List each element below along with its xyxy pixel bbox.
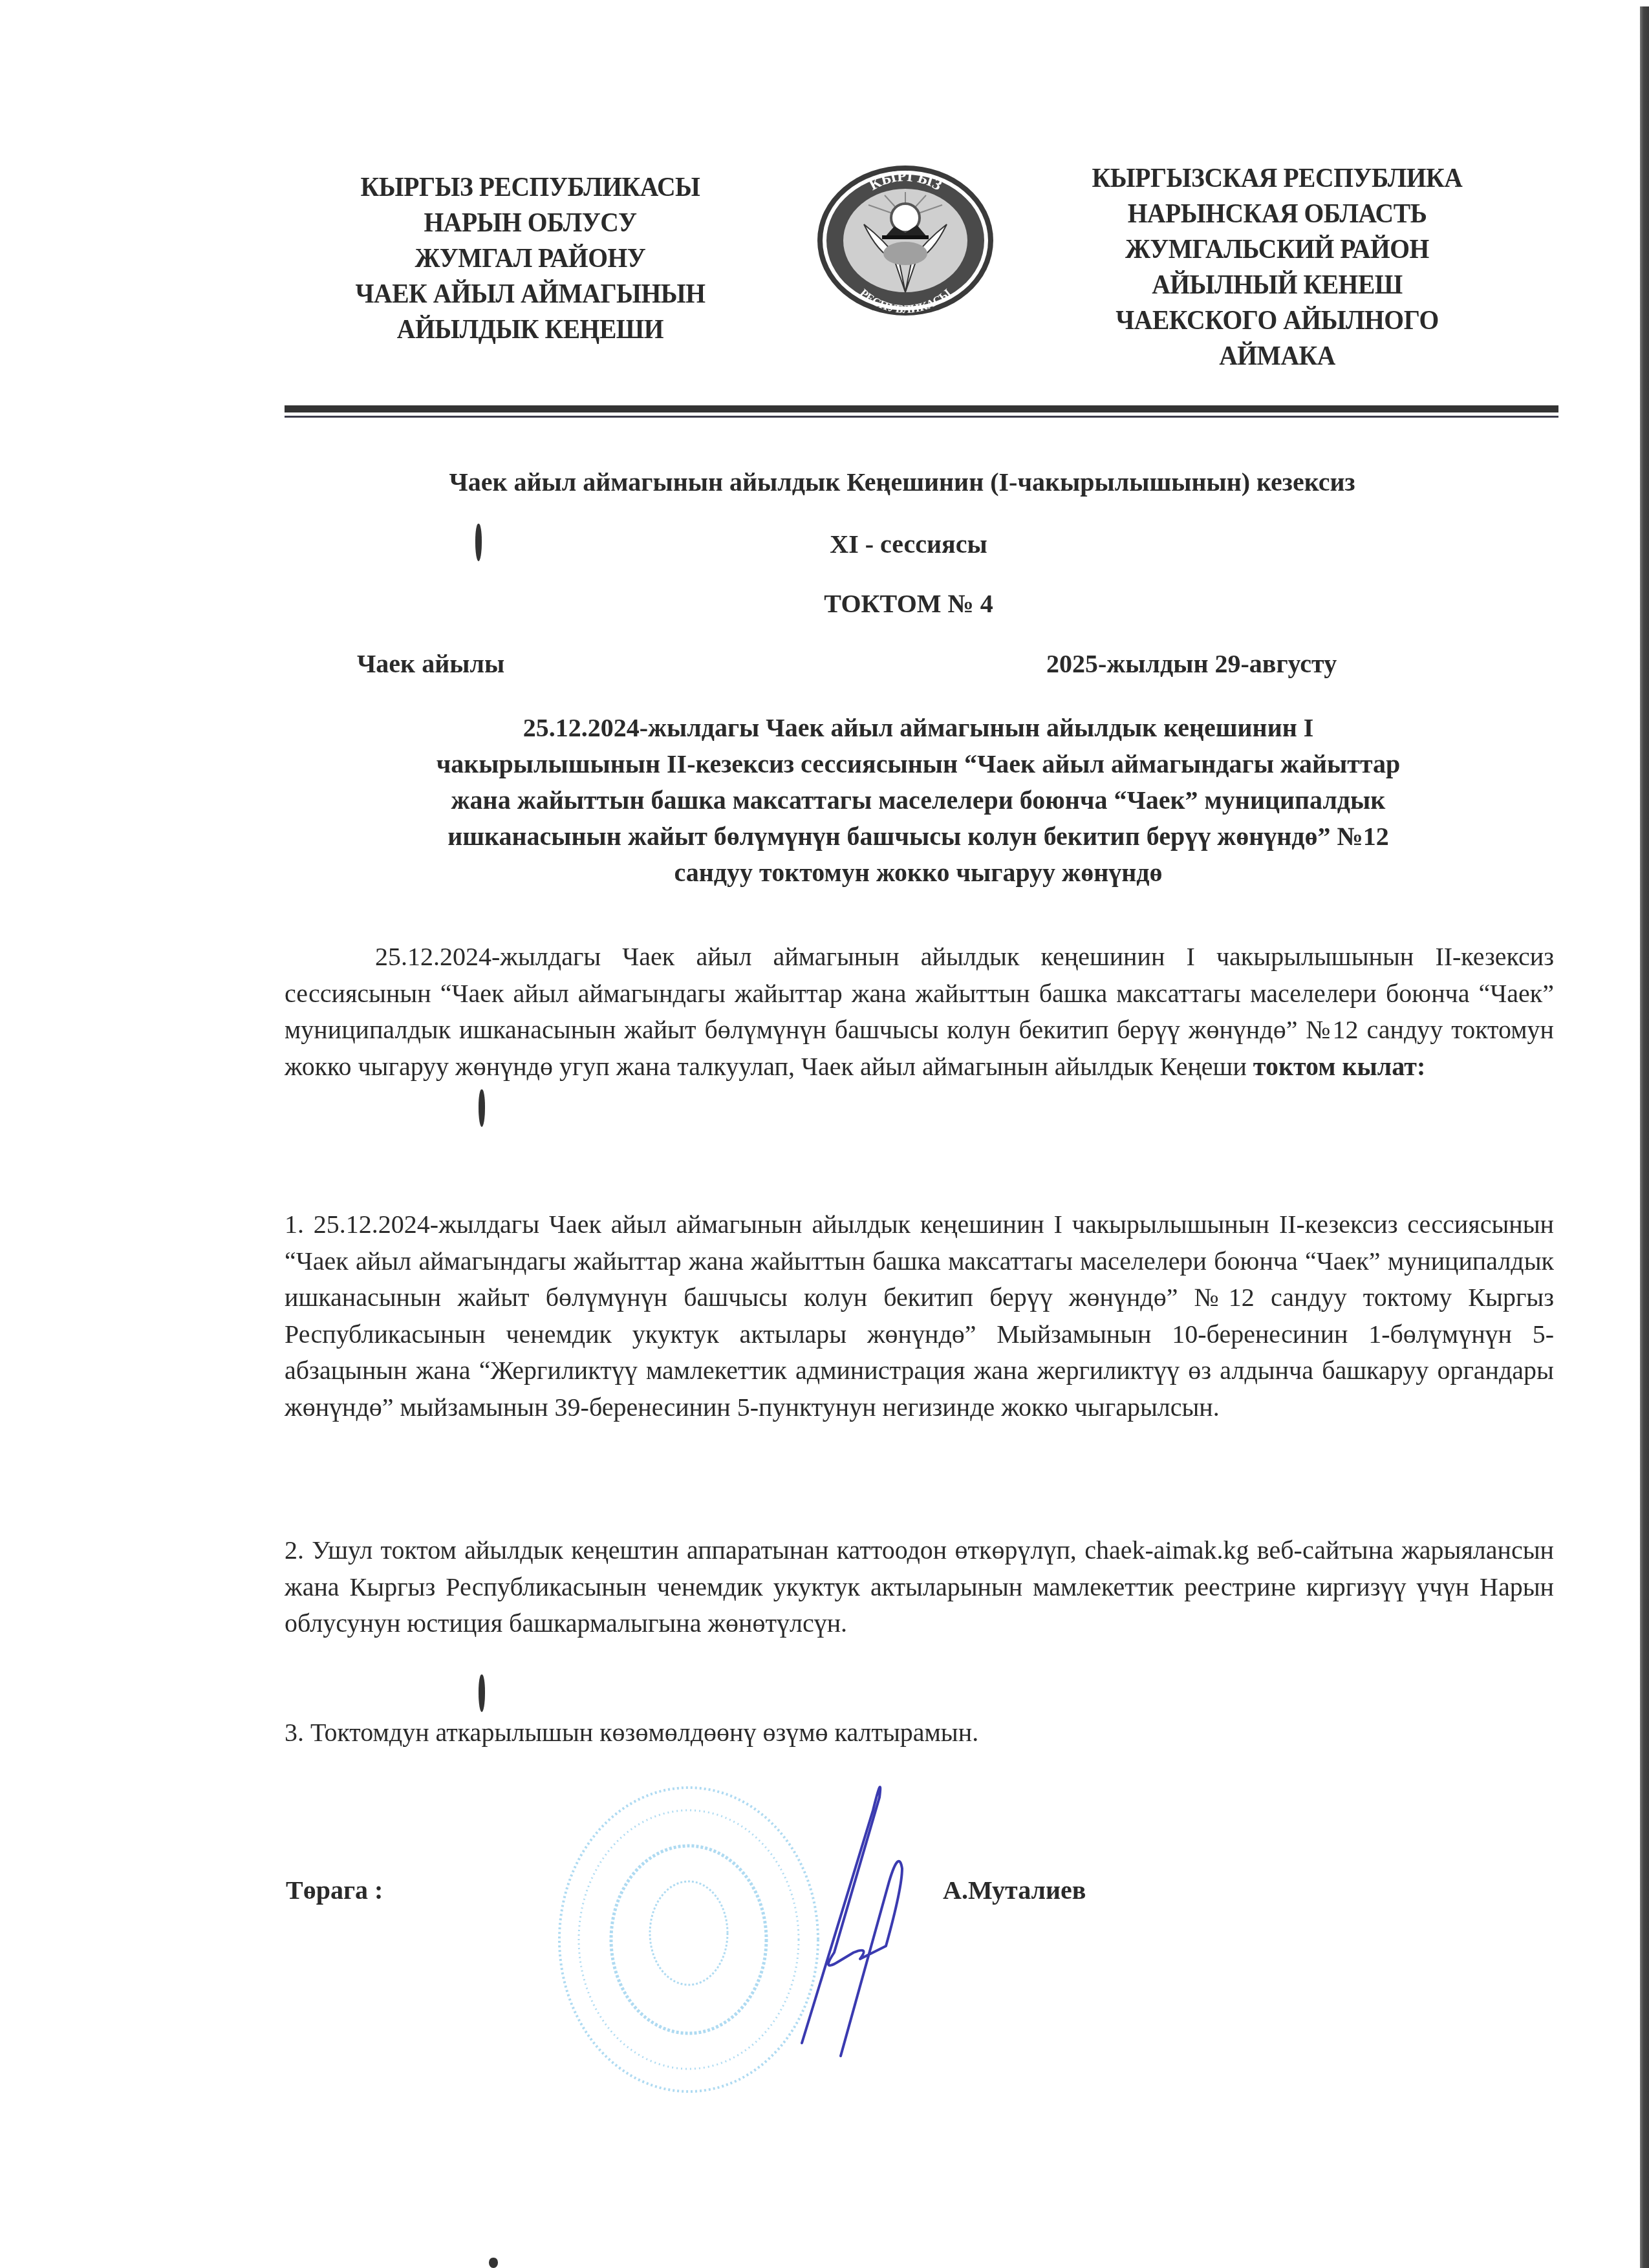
intro-resolution: токтом кылат: bbox=[1253, 1052, 1425, 1081]
header-line: КЫРГЫЗСКАЯ РЕСПУБЛИКА bbox=[1030, 160, 1524, 196]
subject-line: сандуу токтомун жокко чыгаруу жөнүндө bbox=[304, 855, 1533, 891]
header-divider-thin bbox=[285, 416, 1558, 418]
subject-line: 25.12.2024-жылдагы Чаек айыл аймагынын а… bbox=[304, 710, 1533, 746]
header-line: ЧАЕК АЙЫЛ АЙМАГЫНЫН bbox=[322, 276, 738, 312]
header-line: НАРЫНСКАЯ ОБЛАСТЬ bbox=[1030, 196, 1524, 231]
scan-mark bbox=[479, 1674, 485, 1712]
decree-subject: 25.12.2024-жылдагы Чаек айыл аймагынын а… bbox=[304, 710, 1533, 891]
header-line: ЖУМГАЛЬСКИЙ РАЙОН bbox=[1030, 231, 1524, 267]
signatory-role: Төрага : bbox=[286, 1875, 383, 1905]
signatory-name: А.Муталиев bbox=[943, 1875, 1086, 1905]
decision-item-2: 2. Ушул токтом айылдык кеңештин аппараты… bbox=[285, 1532, 1554, 1642]
subject-line: чакырылышынын II-кезексиз сессиясынын “Ч… bbox=[304, 746, 1533, 782]
header-line: КЫРГЫЗ РЕСПУБЛИКАСЫ bbox=[322, 169, 738, 205]
decision-item-1: 1. 25.12.2024-жылдагы Чаек айыл аймагыны… bbox=[285, 1206, 1554, 1426]
header-line: ЧАЕКСКОГО АЙЫЛНОГО bbox=[1030, 303, 1524, 338]
header-kyrgyz: КЫРГЫЗ РЕСПУБЛИКАСЫ НАРЫН ОБЛУСУ ЖУМГАЛ … bbox=[322, 169, 738, 347]
state-emblem-icon: КЫРГЫЗ РЕСПУБЛИКАСЫ bbox=[814, 163, 997, 318]
header-line: ЖУМГАЛ РАЙОНУ bbox=[322, 241, 738, 276]
header-line: АЙМАКА bbox=[1030, 338, 1524, 374]
scan-edge bbox=[1640, 6, 1649, 2268]
place-label: Чаек айылы bbox=[357, 648, 504, 679]
header-line: АЙЫЛДЫК КЕҢЕШИ bbox=[322, 312, 738, 347]
decision-item-3: 3. Токтомдун аткарылышын көзөмөлдөөнү өз… bbox=[285, 1715, 1554, 1751]
subject-line: жана жайыттын башка максаттагы маселелер… bbox=[304, 782, 1533, 818]
header-line: АЙЫЛНЫЙ КЕНЕШ bbox=[1030, 267, 1524, 303]
decree-number: ТОКТОМ № 4 bbox=[84, 588, 1649, 619]
header-russian: КЫРГЫЗСКАЯ РЕСПУБЛИКА НАРЫНСКАЯ ОБЛАСТЬ … bbox=[1030, 160, 1524, 374]
header-line: НАРЫН ОБЛУСУ bbox=[322, 205, 738, 241]
intro-paragraph: 25.12.2024-жылдагы Чаек айыл аймагынын а… bbox=[285, 939, 1554, 1085]
session-label: XI - сессиясы bbox=[84, 529, 1649, 559]
scan-mark bbox=[479, 1089, 485, 1127]
scan-mark bbox=[489, 2258, 498, 2268]
council-line: Чаек айыл аймагынын айылдык Кеңешинин (I… bbox=[78, 467, 1649, 497]
handwritten-signature-icon bbox=[763, 1759, 957, 2069]
header-divider-thick bbox=[285, 405, 1558, 412]
date-label: 2025-жылдын 29-августу bbox=[1046, 648, 1337, 679]
subject-line: ишканасынын жайыт бөлүмүнүн башчысы колу… bbox=[304, 818, 1533, 855]
